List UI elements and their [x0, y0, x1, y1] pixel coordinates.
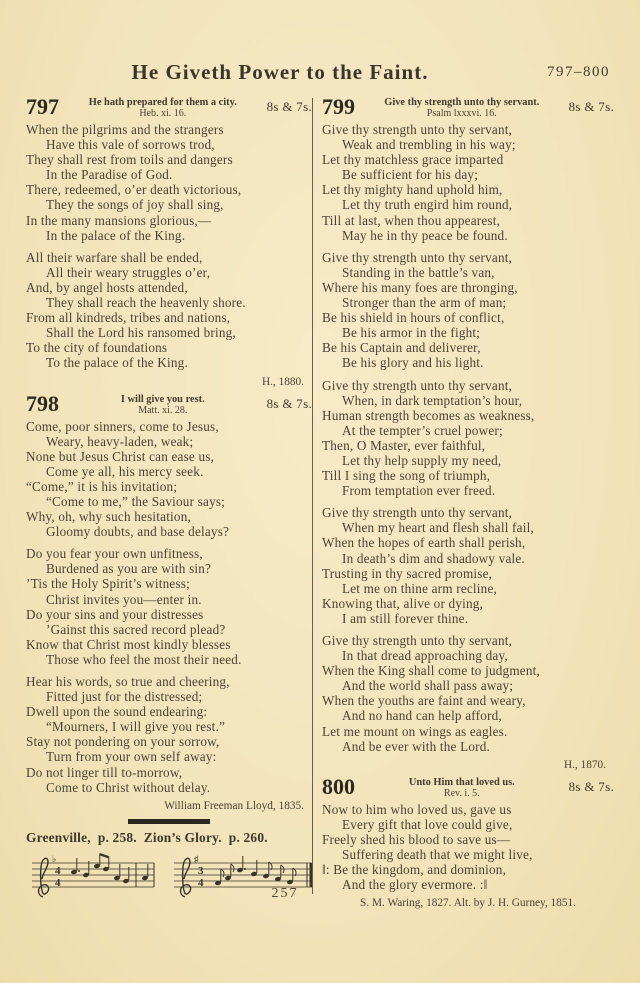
hymn-799: 799 Give thy strength unto thy servant. … [322, 96, 614, 771]
sharp-sign-icon: ♯ [194, 854, 199, 864]
verse-line: Be his armor in the fight; [322, 325, 614, 340]
scripture-reference: Psalm lxxxvi. 16. [355, 108, 569, 119]
verse-line: When the King shall come to judgment, [322, 663, 614, 678]
verse: Give thy strength unto thy servant,Stand… [322, 250, 614, 371]
verse-line: Suffering death that we might live, [322, 847, 614, 862]
verse-line: Human strength becomes as weakness, [322, 408, 614, 423]
verse: Now to him who loved us, gave usEvery gi… [322, 802, 614, 893]
verse-line: And be ever with the Lord. [322, 739, 614, 754]
hymn-attribution: H., 1870. [322, 759, 614, 771]
verse-line: Do not linger till to-morrow, [26, 765, 312, 780]
verse-line: Know that Christ most kindly blesses [26, 637, 312, 652]
section-divider [128, 819, 210, 824]
verse-line: None but Jesus Christ can ease us, [26, 449, 312, 464]
verse-line: In that dread approaching day, [322, 648, 614, 663]
verse-line: ‖: Be the kingdom, and dominion, [322, 862, 614, 877]
left-column: 797 He hath prepared for them a city. He… [26, 94, 312, 911]
verse-line: Trusting in thy sacred promise, [322, 566, 614, 581]
verse-line: When my heart and flesh shall fail, [322, 520, 614, 535]
hymn-meter: 8s & 7s. [569, 96, 614, 115]
verse-line: They the songs of joy shall sing, [26, 197, 312, 212]
verse-line: Christ invites you—enter in. [26, 592, 312, 607]
epigraph-text: I will give you rest. [59, 394, 267, 405]
verse: All their warfare shall be ended,All the… [26, 250, 312, 371]
epigraph-text: Unto Him that loved us. [355, 777, 569, 788]
verse-line: And, by angel hosts attended, [26, 280, 312, 295]
tune-page: p. 258. [98, 830, 137, 846]
hymn-epigraph: I will give you rest. Matt. xi. 28. [59, 393, 267, 416]
hymn-798: 798 I will give you rest. Matt. xi. 28. … [26, 393, 312, 812]
scripture-reference: Heb. xi. 16. [59, 108, 267, 119]
verse-line: Be sufficient for his day; [322, 167, 614, 182]
verse-line: Let me on thine arm recline, [322, 581, 614, 596]
stems-staff-2 [221, 856, 307, 887]
verse-line: At the tempter’s cruel power; [322, 423, 614, 438]
verse-line: In the many mansions glorious,— [26, 213, 312, 228]
hymn-attribution: William Freeman Lloyd, 1835. [26, 800, 312, 812]
verse-line: Why, oh, why such hesitation, [26, 509, 312, 524]
verse-line: They shall reach the heavenly shore. [26, 295, 312, 310]
verse-line: Let thy truth engird him round, [322, 197, 614, 212]
verse-line: Weary, heavy-laden, weak; [26, 434, 312, 449]
verse-line: Gloomy doubts, and base delays? [26, 524, 312, 539]
notes-staff-1 [71, 853, 149, 884]
scripture-reference: Matt. xi. 28. [59, 405, 267, 416]
verse-line: Let thy mighty hand uphold him, [322, 182, 614, 197]
verse-line: And no hand can help afford, [322, 708, 614, 723]
svg-text:4: 4 [55, 865, 61, 877]
verse-line: In death’s dim and shadowy vale. [322, 551, 614, 566]
verse-line: I am still forever thine. [322, 611, 614, 626]
hymn-verses: When the pilgrims and the strangersHave … [26, 122, 312, 371]
verse-line: Let me mount on wings as eagles. [322, 724, 614, 739]
hymn-verses: Give thy strength unto thy servant,Weak … [322, 122, 614, 754]
hymn-number: 799 [322, 96, 355, 118]
svg-text:3: 3 [198, 865, 204, 877]
verse-line: Give thy strength unto thy servant, [322, 378, 614, 393]
notes-staff-2 [215, 867, 294, 886]
verse: Give thy strength unto thy servant,In th… [322, 633, 614, 754]
tune-name: Greenville, [26, 830, 91, 846]
verse-line: Burdened as you are with sin? [26, 561, 312, 576]
verse-line: Do your sins and your distresses [26, 607, 312, 622]
verse-line: Have this vale of sorrows trod, [26, 137, 312, 152]
verse-line: Come, poor sinners, come to Jesus, [26, 419, 312, 434]
verse-line: When, in dark temptation’s hour, [322, 393, 614, 408]
verse-line: Come ye all, his mercy seek. [26, 464, 312, 479]
hymn-797: 797 He hath prepared for them a city. He… [26, 96, 312, 388]
epigraph-text: Give thy strength unto thy servant. [355, 97, 569, 108]
treble-clef-icon [181, 858, 191, 897]
svg-text:4: 4 [198, 877, 204, 889]
verse-line: And the glory evermore. :‖ [322, 877, 614, 892]
verse-line: From temptation ever freed. [322, 483, 614, 498]
verse-line: Those who feel the most their need. [26, 652, 312, 667]
verse-line: Stronger than the arm of man; [322, 295, 614, 310]
tune-page: p. 260. [229, 830, 268, 846]
verse-line: Weak and trembling in his way; [322, 137, 614, 152]
verse-line: All their warfare shall be ended, [26, 250, 312, 265]
verse-line: “Mourners, I will give you rest.” [26, 719, 312, 734]
hymn-epigraph: Give thy strength unto thy servant. Psal… [355, 96, 569, 119]
verse: Give thy strength unto thy servant,When,… [322, 378, 614, 499]
verse-line: “Come,” it is his invitation; [26, 479, 312, 494]
verse-line: When the youths are faint and weary, [322, 693, 614, 708]
verse: Give thy strength unto thy servant,Weak … [322, 122, 614, 243]
flat-sign-icon: ♭ [52, 854, 56, 864]
hymn-attribution: H., 1880. [26, 376, 312, 388]
verse-line: Hear his words, so true and cheering, [26, 674, 312, 689]
verse-line: ’Tis the Holy Spirit’s witness; [26, 576, 312, 591]
tune-references: Greenville, p. 258. Zion’s Glory. p. 260… [26, 830, 312, 846]
column-divider [312, 98, 313, 894]
verse-line: Then, O Master, ever faithful, [322, 438, 614, 453]
verse-line: In the palace of the King. [26, 228, 312, 243]
hymn-range: 797–800 [547, 64, 610, 81]
verse-line: Every gift that love could give, [322, 817, 614, 832]
scripture-reference: Rev. i. 5. [355, 788, 569, 799]
verse-line: Till I sing the song of triumph, [322, 468, 614, 483]
verse-line: Be his glory and his light. [322, 355, 614, 370]
hymnal-page: He Giveth Power to the Faint. 797–800 79… [0, 0, 640, 983]
verse-line: In the Paradise of God. [26, 167, 312, 182]
hymn-meter: 8s & 7s. [267, 96, 312, 115]
hymn-heading: 799 Give thy strength unto thy servant. … [322, 96, 614, 119]
hymn-number: 797 [26, 96, 59, 118]
verse-line: Shall the Lord his ransomed bring, [26, 325, 312, 340]
right-column: 799 Give thy strength unto thy servant. … [322, 94, 614, 914]
verse-line: ’Gainst this sacred record plead? [26, 622, 312, 637]
verse-line: Freely shed his blood to save us— [322, 832, 614, 847]
hymn-attribution: S. M. Waring, 1827. Alt. by J. H. Gurney… [322, 897, 614, 909]
verse-line: Give thy strength unto thy servant, [322, 250, 614, 265]
verse-line: To the palace of the King. [26, 355, 312, 370]
verse-line: “Come to me,” the Saviour says; [26, 494, 312, 509]
verse: Give thy strength unto thy servant,When … [322, 505, 614, 626]
verse-line: Be his shield in hours of conflict, [322, 310, 614, 325]
hymn-number: 798 [26, 393, 59, 415]
verse-line: Give thy strength unto thy servant, [322, 633, 614, 648]
verse-line: Dwell upon the sound endearing: [26, 704, 312, 719]
stems-staff-1 [77, 853, 154, 887]
verse-line: There, redeemed, o’er death victorious, [26, 182, 312, 197]
hymn-number: 800 [322, 776, 355, 798]
hymn-epigraph: He hath prepared for them a city. Heb. x… [59, 96, 267, 119]
verse-line: Stay not pondering on your sorrow, [26, 734, 312, 749]
verse-line: When the pilgrims and the strangers [26, 122, 312, 137]
verse-line: And the world shall pass away; [322, 678, 614, 693]
verse-line: Standing in the battle’s van, [322, 265, 614, 280]
verse-line: Knowing that, alive or dying, [322, 596, 614, 611]
verse-line: Fitted just for the distressed; [26, 689, 312, 704]
verse-line: Be his Captain and deliverer, [322, 340, 614, 355]
verse-line: Come to Christ without delay. [26, 780, 312, 795]
verse-line: Give thy strength unto thy servant, [322, 122, 614, 137]
hymn-meter: 8s & 7s. [267, 393, 312, 412]
hymn-epigraph: Unto Him that loved us. Rev. i. 5. [355, 776, 569, 799]
tune-name: Zion’s Glory. [144, 830, 222, 846]
treble-clef-icon [39, 858, 49, 897]
hymn-heading: 798 I will give you rest. Matt. xi. 28. … [26, 393, 312, 416]
verse: Do you fear your own unfitness,Burdened … [26, 546, 312, 667]
verse-line: Now to him who loved us, gave us [322, 802, 614, 817]
verse: When the pilgrims and the strangersHave … [26, 122, 312, 243]
hymn-verses: Come, poor sinners, come to Jesus,Weary,… [26, 419, 312, 795]
epigraph-text: He hath prepared for them a city. [59, 97, 267, 108]
verse-line: All their weary struggles o’er, [26, 265, 312, 280]
verse-line: Where his many foes are thronging, [322, 280, 614, 295]
verse-line: To the city of foundations [26, 340, 312, 355]
hymn-800: 800 Unto Him that loved us. Rev. i. 5. 8… [322, 776, 614, 910]
verse-line: Give thy strength unto thy servant, [322, 505, 614, 520]
verse-line: When the hopes of earth shall perish, [322, 535, 614, 550]
page-number: 257 [255, 886, 315, 902]
hymn-heading: 800 Unto Him that loved us. Rev. i. 5. 8… [322, 776, 614, 799]
hymn-meter: 8s & 7s. [569, 776, 614, 795]
svg-text:4: 4 [55, 877, 61, 889]
verse-line: From all kindreds, tribes and nations, [26, 310, 312, 325]
verse-line: Turn from your own self away: [26, 749, 312, 764]
verse-line: Do you fear your own unfitness, [26, 546, 312, 561]
hymn-heading: 797 He hath prepared for them a city. He… [26, 96, 312, 119]
verse-line: Till at last, when thou appearest, [322, 213, 614, 228]
verse: Hear his words, so true and cheering,Fit… [26, 674, 312, 795]
hymn-verses: Now to him who loved us, gave usEvery gi… [322, 802, 614, 893]
verse: Come, poor sinners, come to Jesus,Weary,… [26, 419, 312, 540]
verse-line: Let thy matchless grace imparted [322, 152, 614, 167]
verse-line: They shall rest from toils and dangers [26, 152, 312, 167]
page-title: He Giveth Power to the Faint. [0, 60, 560, 85]
verse-line: May he in thy peace be found. [322, 228, 614, 243]
verse-line: Let thy help supply my need, [322, 453, 614, 468]
